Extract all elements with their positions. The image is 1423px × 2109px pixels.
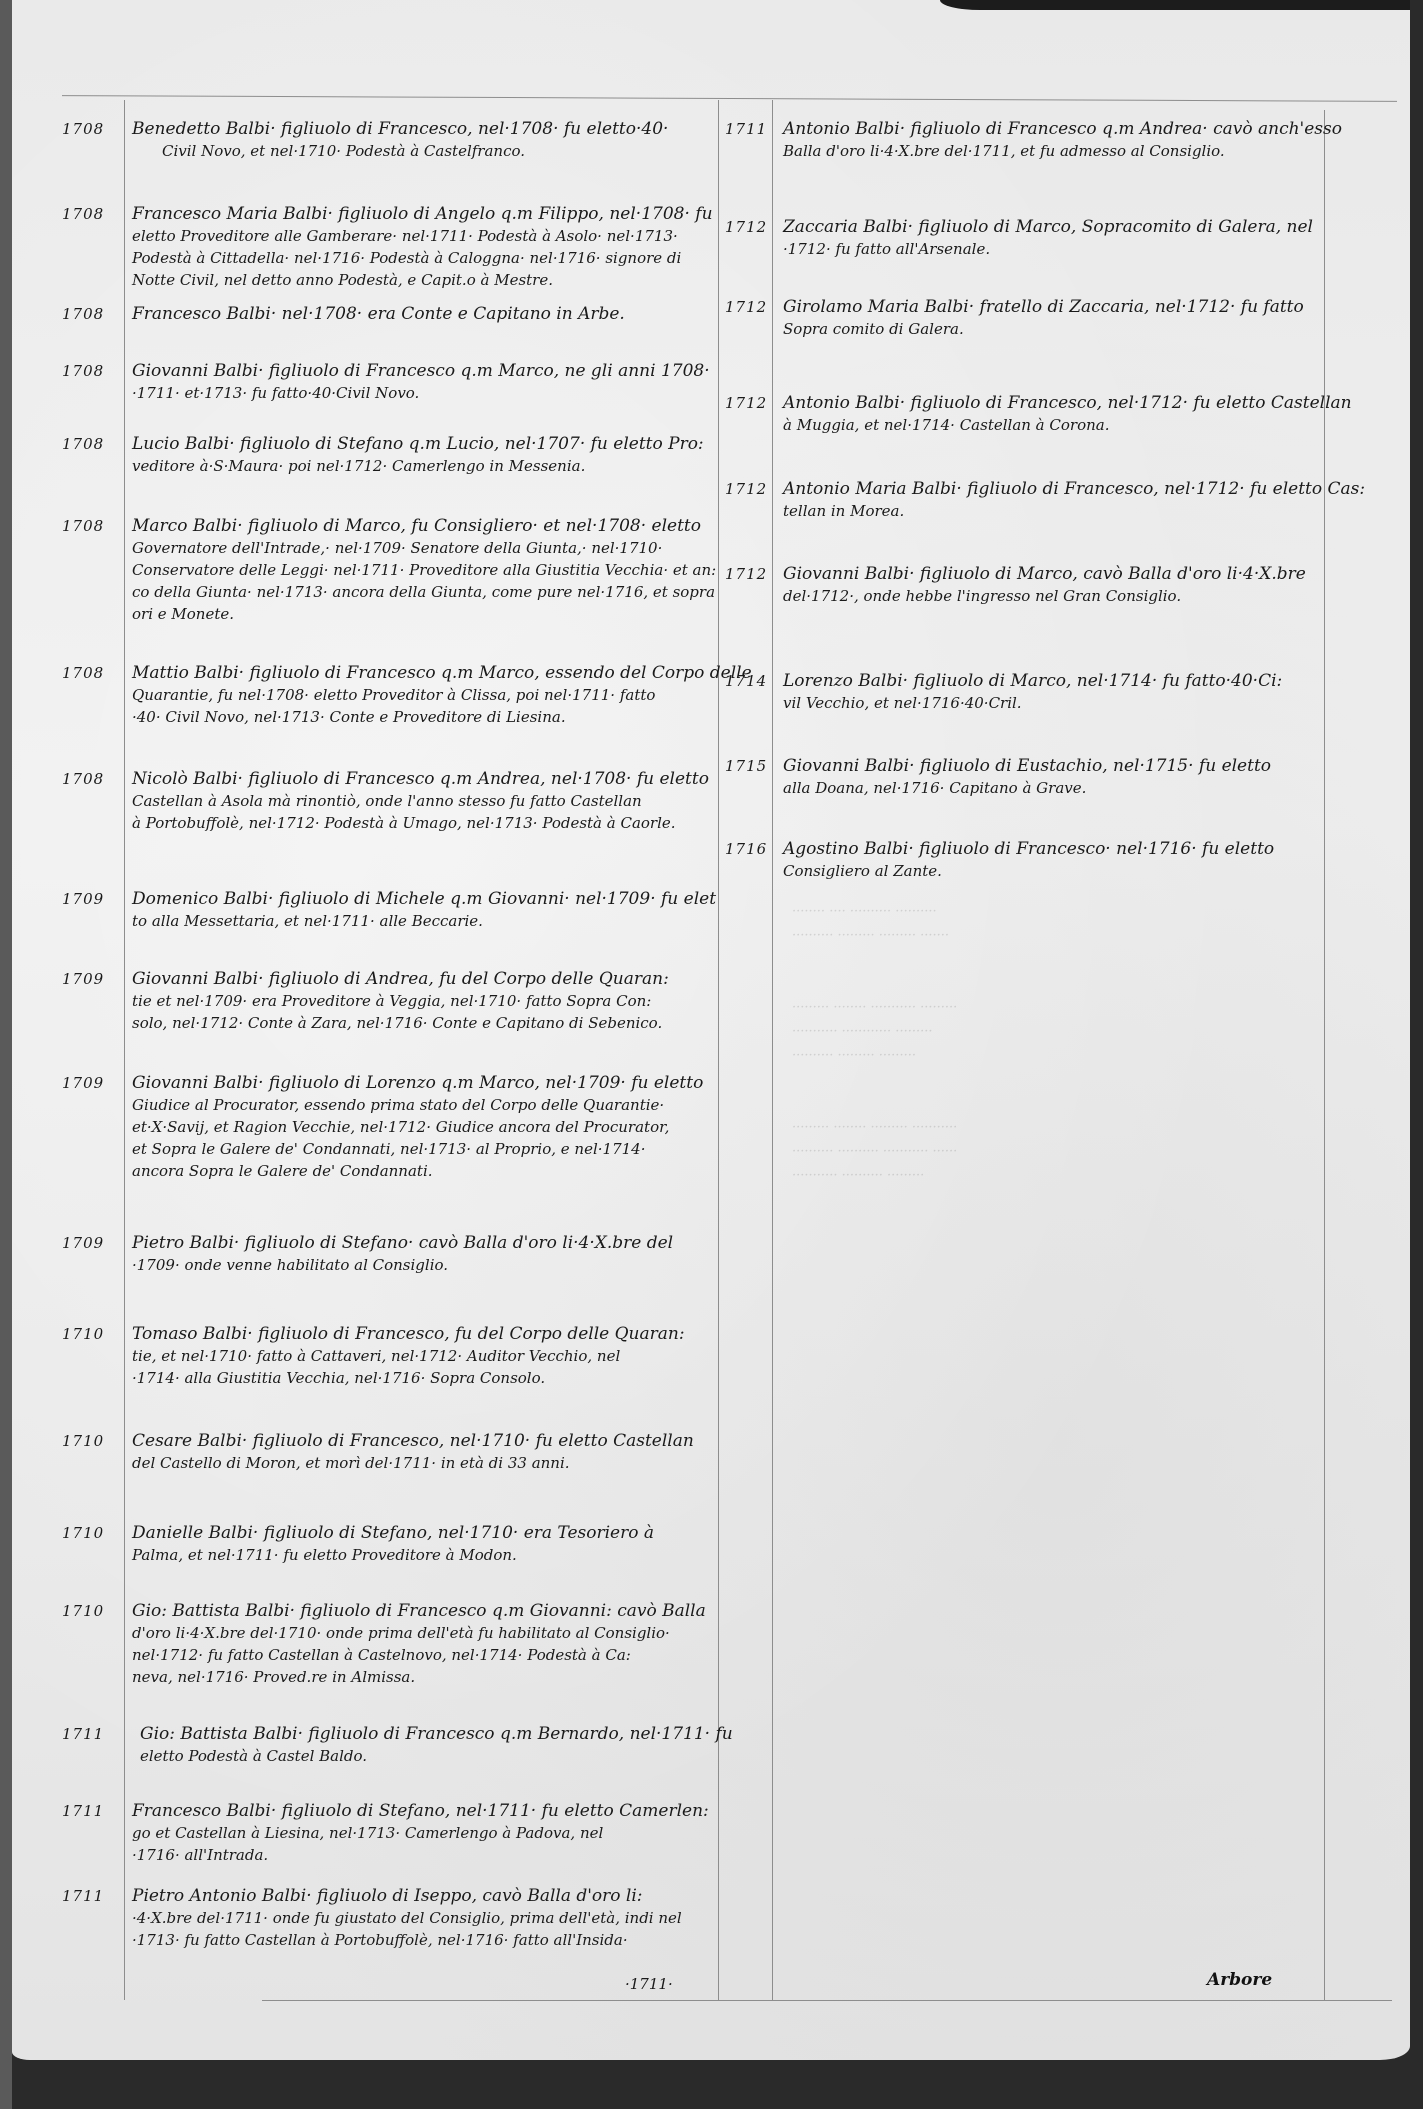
entry-line: Quarantie, fu nel·1708· eletto Provedito… xyxy=(132,684,752,706)
manuscript-page: ········ ···· ·········· ···············… xyxy=(12,0,1410,2060)
entry-line: Antonio Balbi· figliuolo di Francesco, n… xyxy=(783,392,1352,414)
entry-year: 1710 xyxy=(62,1430,104,1452)
entry-line: Balla d'oro li·4·X.bre del·1711, et fu a… xyxy=(783,140,1342,162)
entry-line: Conservatore delle Leggi· nel·1711· Prov… xyxy=(132,559,716,581)
entry-line: Gio: Battista Balbi· figliuolo di France… xyxy=(132,1600,706,1622)
entry-year: 1710 xyxy=(62,1323,104,1345)
entry-line: Zaccaria Balbi· figliuolo di Marco, Sopr… xyxy=(783,216,1313,238)
entry-year: 1708 xyxy=(62,118,104,140)
page-torn-top-edge xyxy=(940,0,1410,10)
entry-line: Antonio Maria Balbi· figliuolo di France… xyxy=(783,478,1365,500)
entry-line: Nicolò Balbi· figliuolo di Francesco q.m… xyxy=(132,768,709,790)
entry-line: Palma, et nel·1711· fu eletto Proveditor… xyxy=(132,1544,654,1566)
entry-year: 1708 xyxy=(62,203,104,225)
entry-year: 1710 xyxy=(62,1522,104,1544)
entry-year: 1708 xyxy=(62,303,104,325)
entry-line: solo, nel·1712· Conte à Zara, nel·1716· … xyxy=(132,1012,669,1034)
column-divider-rule xyxy=(718,100,719,2000)
entry-line: Giovanni Balbi· figliuolo di Francesco q… xyxy=(132,360,710,382)
entry-line: alla Doana, nel·1716· Capitano à Grave. xyxy=(783,777,1271,799)
entry-year: 1711 xyxy=(725,118,767,140)
entry-line: to alla Messettaria, et nel·1711· alle B… xyxy=(132,910,716,932)
entry-line: Francesco Maria Balbi· figliuolo di Ange… xyxy=(132,203,713,225)
entry-year: 1708 xyxy=(62,768,104,790)
entry-year: 1709 xyxy=(62,888,104,910)
entry-year: 1709 xyxy=(62,968,104,990)
bleed-through-text: ········ ···· ·········· ···············… xyxy=(792,900,1292,1188)
entry-line: Lorenzo Balbi· figliuolo di Marco, nel·1… xyxy=(783,670,1282,692)
entry-year: 1711 xyxy=(62,1723,104,1745)
entry-line: eletto Proveditore alle Gamberare· nel·1… xyxy=(132,225,713,247)
entry-line: Sopra comito di Galera. xyxy=(783,318,1304,340)
entry-line: Castellan à Asola mà rinontiò, onde l'an… xyxy=(132,790,709,812)
entry-line: Mattio Balbi· figliuolo di Francesco q.m… xyxy=(132,662,752,684)
entry-year: 1712 xyxy=(725,392,767,414)
entry-line: go et Castellan à Liesina, nel·1713· Cam… xyxy=(132,1822,709,1844)
entry-line: Girolamo Maria Balbi· fratello di Zaccar… xyxy=(783,296,1304,318)
entry-year: 1711 xyxy=(62,1885,104,1907)
entry-year: 1708 xyxy=(62,360,104,382)
right-margin-rule-inner xyxy=(772,100,773,2000)
entry-year: 1711 xyxy=(62,1800,104,1822)
entry-year: 1708 xyxy=(62,662,104,684)
entry-line: Governatore dell'Intrade,· nel·1709· Sen… xyxy=(132,537,716,559)
entry-line: Podestà à Cittadella· nel·1716· Podestà … xyxy=(132,247,713,269)
entry-line: ·1709· onde venne habilitato al Consigli… xyxy=(132,1254,673,1276)
entry-line: ·4·X.bre del·1711· onde fu giustato del … xyxy=(132,1907,682,1929)
entry-line: del Castello di Moron, et morì del·1711·… xyxy=(132,1452,694,1474)
entry-line: à Muggia, et nel·1714· Castellan à Coron… xyxy=(783,414,1352,436)
entry-line: ori e Monete. xyxy=(132,603,716,625)
left-margin-rule xyxy=(124,100,125,2000)
entry-line: eletto Podestà à Castel Baldo. xyxy=(140,1745,733,1767)
entry-line: Lucio Balbi· figliuolo di Stefano q.m Lu… xyxy=(132,433,704,455)
entry-line: veditore à·S·Maura· poi nel·1712· Camerl… xyxy=(132,455,704,477)
entry-line: Francesco Balbi· figliuolo di Stefano, n… xyxy=(132,1800,709,1822)
entry-line: Giovanni Balbi· figliuolo di Andrea, fu … xyxy=(132,968,669,990)
entry-line: Francesco Balbi· nel·1708· era Conte e C… xyxy=(132,303,625,325)
entry-line: Giovanni Balbi· figliuolo di Lorenzo q.m… xyxy=(132,1072,703,1094)
entry-line: à Portobuffolè, nel·1712· Podestà à Umag… xyxy=(132,812,709,834)
entry-line: Consigliero al Zante. xyxy=(783,860,1274,882)
entry-line: ·1713· fu fatto Castellan à Portobuffolè… xyxy=(132,1929,682,1951)
entry-line: ·1716· all'Intrada. xyxy=(132,1844,709,1866)
entry-line: Gio: Battista Balbi· figliuolo di France… xyxy=(140,1723,733,1745)
entry-year: 1712 xyxy=(725,563,767,585)
entry-line: et·X·Savij, et Ragion Vecchie, nel·1712·… xyxy=(132,1116,703,1138)
entry-line: Giovanni Balbi· figliuolo di Marco, cavò… xyxy=(783,563,1306,585)
entry-line: ·1711· et·1713· fu fatto·40·Civil Novo. xyxy=(132,382,710,404)
entry-line: Pietro Balbi· figliuolo di Stefano· cavò… xyxy=(132,1232,673,1254)
entry-year: 1715 xyxy=(725,755,767,777)
entry-year: 1716 xyxy=(725,838,767,860)
entry-line: Benedetto Balbi· figliuolo di Francesco,… xyxy=(132,118,668,140)
entry-line: ·40· Civil Novo, nel·1713· Conte e Prove… xyxy=(132,706,752,728)
entry-year: 1710 xyxy=(62,1600,104,1622)
entry-year: 1708 xyxy=(62,515,104,537)
entry-line: Marco Balbi· figliuolo di Marco, fu Cons… xyxy=(132,515,716,537)
footer-year-marker: ·1711· xyxy=(625,1975,673,1993)
entry-line: et Sopra le Galere de' Condannati, nel·1… xyxy=(132,1138,703,1160)
bottom-rule xyxy=(262,2000,1392,2001)
scan-edge-left xyxy=(0,0,12,2109)
entry-line: ·1714· alla Giustitia Vecchia, nel·1716·… xyxy=(132,1367,685,1389)
entry-line: co della Giunta· nel·1713· ancora della … xyxy=(132,581,716,603)
entry-year: 1712 xyxy=(725,296,767,318)
entry-line: d'oro li·4·X.bre del·1710· onde prima de… xyxy=(132,1622,706,1644)
entry-line: Danielle Balbi· figliuolo di Stefano, ne… xyxy=(132,1522,654,1544)
entry-line: tie et nel·1709· era Proveditore à Veggi… xyxy=(132,990,669,1012)
top-rule xyxy=(62,95,1397,102)
entry-line: Tomaso Balbi· figliuolo di Francesco, fu… xyxy=(132,1323,685,1345)
entry-line: Cesare Balbi· figliuolo di Francesco, ne… xyxy=(132,1430,694,1452)
entry-line: ancora Sopra le Galere de' Condannati. xyxy=(132,1160,703,1182)
entry-year: 1714 xyxy=(725,670,767,692)
entry-line: ·1712· fu fatto all'Arsenale. xyxy=(783,238,1313,260)
entry-line: vil Vecchio, et nel·1716·40·Cril. xyxy=(783,692,1282,714)
entry-line: Pietro Antonio Balbi· figliuolo di Isepp… xyxy=(132,1885,682,1907)
entry-line: Agostino Balbi· figliuolo di Francesco· … xyxy=(783,838,1274,860)
entry-line: Antonio Balbi· figliuolo di Francesco q.… xyxy=(783,118,1342,140)
entry-year: 1709 xyxy=(62,1072,104,1094)
entry-line: del·1712·, onde hebbe l'ingresso nel Gra… xyxy=(783,585,1306,607)
entry-line: Civil Novo, et nel·1710· Podestà à Caste… xyxy=(132,140,668,162)
entry-year: 1709 xyxy=(62,1232,104,1254)
entry-year: 1712 xyxy=(725,216,767,238)
entry-line: neva, nel·1716· Proved.re in Almissa. xyxy=(132,1666,706,1688)
entry-line: Giudice al Procurator, essendo prima sta… xyxy=(132,1094,703,1116)
entry-line: tie, et nel·1710· fatto à Cattaveri, nel… xyxy=(132,1345,685,1367)
entry-year: 1712 xyxy=(725,478,767,500)
entry-line: Domenico Balbi· figliuolo di Michele q.m… xyxy=(132,888,716,910)
entry-year: 1708 xyxy=(62,433,104,455)
entry-line: Giovanni Balbi· figliuolo di Eustachio, … xyxy=(783,755,1271,777)
entry-line: nel·1712· fu fatto Castellan à Castelnov… xyxy=(132,1644,706,1666)
entry-line: Notte Civil, nel detto anno Podestà, e C… xyxy=(132,269,713,291)
catchword: Arbore xyxy=(1207,1970,1272,1990)
entry-line: tellan in Morea. xyxy=(783,500,1365,522)
